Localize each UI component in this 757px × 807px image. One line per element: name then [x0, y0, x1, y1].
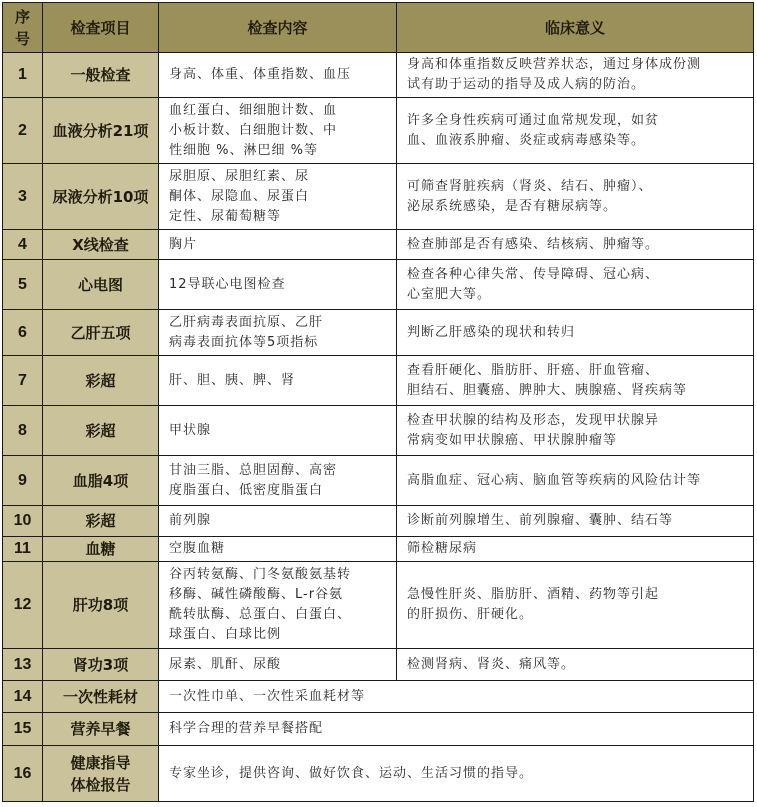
- row-item: 血液分析21项: [43, 98, 159, 164]
- row-meaning: 诊断前列腺增生、前列腺瘤、囊肿、结石等: [397, 506, 754, 537]
- row-item: 一次性耗材: [43, 681, 159, 713]
- header-seq-label: 序 号: [15, 8, 30, 48]
- table-row: 15 营养早餐 科学合理的营养早餐搭配: [3, 713, 754, 746]
- table-row: 6 乙肝五项 乙肝病毒表面抗原、乙肝 病毒表面抗体等5项指标 判断乙肝感染的现状…: [3, 310, 754, 356]
- table-row: 4 X线检查 胸片 检查肺部是否有感染、结核病、肿瘤等。: [3, 230, 754, 260]
- row-number: 5: [3, 260, 43, 310]
- header-content: 检查内容: [159, 3, 397, 53]
- table-row: 12 肝功8项 谷丙转氨酶、门冬氨酸氨基转 移酶、碱性磷酸酶、L-r谷氨 酰转肽…: [3, 562, 754, 649]
- table-row: 10 彩超 前列腺 诊断前列腺增生、前列腺瘤、囊肿、结石等: [3, 506, 754, 537]
- row-number: 7: [3, 356, 43, 406]
- row-content: 前列腺: [159, 506, 397, 537]
- row-item: 血脂4项: [43, 456, 159, 506]
- row-item: 一般检查: [43, 53, 159, 98]
- row-meaning: 查看肝硬化、脂肪肝、肝癌、肝血管瘤、 胆结石、胆囊癌、脾肿大、胰腺癌、肾疾病等: [397, 356, 754, 406]
- row-content: 肝、胆、胰、脾、肾: [159, 356, 397, 406]
- row-item: 健康指导 体检报告: [43, 746, 159, 802]
- row-number: 4: [3, 230, 43, 260]
- table-row: 11 血糖 空腹血糖 筛检糖尿病: [3, 537, 754, 562]
- table-row: 14 一次性耗材 一次性巾单、一次性采血耗材等: [3, 681, 754, 713]
- row-number: 8: [3, 406, 43, 456]
- row-content: 胸片: [159, 230, 397, 260]
- row-item: 彩超: [43, 506, 159, 537]
- table-row: 3 尿液分析10项 尿胆原、尿胆红素、尿 酮体、尿隐血、尿蛋白 定性、尿葡萄糖等…: [3, 164, 754, 230]
- row-item: 血糖: [43, 537, 159, 562]
- row-number: 3: [3, 164, 43, 230]
- table-row: 9 血脂4项 甘油三脂、总胆固醇、高密 度脂蛋白、低密度脂蛋白 高脂血症、冠心病…: [3, 456, 754, 506]
- table-row: 16 健康指导 体检报告 专家坐诊，提供咨询、做好饮食、运动、生活习惯的指导。: [3, 746, 754, 802]
- row-number: 9: [3, 456, 43, 506]
- health-checkup-table: 序 号 检查项目 检查内容 临床意义 1 一般检查 身高、体重、体重指数、血压 …: [2, 2, 754, 802]
- row-item: 心电图: [43, 260, 159, 310]
- row-item: 乙肝五项: [43, 310, 159, 356]
- row-meaning: 高脂血症、冠心病、脑血管等疾病的风险估计等: [397, 456, 754, 506]
- row-content: 血红蛋白、细细胞计数、血 小板计数、白细胞计数、中 性细胞 %、淋巴细 %等: [159, 98, 397, 164]
- row-meaning: 身高和体重指数反映营养状态，通过身体成份测 试有助于运动的指导及成人病的防治。: [397, 53, 754, 98]
- row-number: 11: [3, 537, 43, 562]
- row-content: 甲状腺: [159, 406, 397, 456]
- row-content: 空腹血糖: [159, 537, 397, 562]
- row-number: 15: [3, 713, 43, 746]
- table-row: 5 心电图 12导联心电图检查 检查各种心律失常、传导障碍、冠心病、 心室肥大等…: [3, 260, 754, 310]
- row-meaning: 判断乙肝感染的现状和转归: [397, 310, 754, 356]
- row-merged-content: 专家坐诊，提供咨询、做好饮食、运动、生活习惯的指导。: [159, 746, 754, 802]
- row-meaning: 检查各种心律失常、传导障碍、冠心病、 心室肥大等。: [397, 260, 754, 310]
- row-number: 10: [3, 506, 43, 537]
- row-number: 14: [3, 681, 43, 713]
- row-meaning: 许多全身性疾病可通过血常规发现，如贫 血、血液系肿瘤、炎症或病毒感染等。: [397, 98, 754, 164]
- row-item: 肾功3项: [43, 649, 159, 681]
- row-content: 身高、体重、体重指数、血压: [159, 53, 397, 98]
- table-row: 13 肾功3项 尿素、肌酐、尿酸 检测肾病、肾炎、痛风等。: [3, 649, 754, 681]
- table-header-row: 序 号 检查项目 检查内容 临床意义: [3, 3, 754, 53]
- row-number: 16: [3, 746, 43, 802]
- row-number: 2: [3, 98, 43, 164]
- row-number: 12: [3, 562, 43, 649]
- row-item-label: 健康指导 体检报告: [70, 754, 130, 794]
- row-number: 1: [3, 53, 43, 98]
- row-content: 谷丙转氨酶、门冬氨酸氨基转 移酶、碱性磷酸酶、L-r谷氨 酰转肽酶、总蛋白、白蛋…: [159, 562, 397, 649]
- table-row: 7 彩超 肝、胆、胰、脾、肾 查看肝硬化、脂肪肝、肝癌、肝血管瘤、 胆结石、胆囊…: [3, 356, 754, 406]
- row-item: 营养早餐: [43, 713, 159, 746]
- row-content: 甘油三脂、总胆固醇、高密 度脂蛋白、低密度脂蛋白: [159, 456, 397, 506]
- row-meaning: 急慢性肝炎、脂肪肝、酒精、药物等引起 的肝损伤、肝硬化。: [397, 562, 754, 649]
- row-meaning: 可筛查肾脏疾病（肾炎、结石、肿瘤）、 泌尿系统感染，是否有糖尿病等。: [397, 164, 754, 230]
- row-item: 尿液分析10项: [43, 164, 159, 230]
- row-meaning: 筛检糖尿病: [397, 537, 754, 562]
- table-row: 2 血液分析21项 血红蛋白、细细胞计数、血 小板计数、白细胞计数、中 性细胞 …: [3, 98, 754, 164]
- row-merged-content: 一次性巾单、一次性采血耗材等: [159, 681, 754, 713]
- row-merged-content: 科学合理的营养早餐搭配: [159, 713, 754, 746]
- row-meaning: 检测肾病、肾炎、痛风等。: [397, 649, 754, 681]
- table-row: 1 一般检查 身高、体重、体重指数、血压 身高和体重指数反映营养状态，通过身体成…: [3, 53, 754, 98]
- header-seq: 序 号: [3, 3, 43, 53]
- table-row: 8 彩超 甲状腺 检查甲状腺的结构及形态，发现甲状腺异 常病变如甲状腺癌、甲状腺…: [3, 406, 754, 456]
- header-meaning: 临床意义: [397, 3, 754, 53]
- row-item: 彩超: [43, 406, 159, 456]
- row-content: 尿素、肌酐、尿酸: [159, 649, 397, 681]
- row-content: 12导联心电图检查: [159, 260, 397, 310]
- row-content: 乙肝病毒表面抗原、乙肝 病毒表面抗体等5项指标: [159, 310, 397, 356]
- row-item: X线检查: [43, 230, 159, 260]
- row-item: 肝功8项: [43, 562, 159, 649]
- row-content: 尿胆原、尿胆红素、尿 酮体、尿隐血、尿蛋白 定性、尿葡萄糖等: [159, 164, 397, 230]
- row-number: 6: [3, 310, 43, 356]
- header-item: 检查项目: [43, 3, 159, 53]
- row-number: 13: [3, 649, 43, 681]
- row-meaning: 检查肺部是否有感染、结核病、肿瘤等。: [397, 230, 754, 260]
- row-item: 彩超: [43, 356, 159, 406]
- row-meaning: 检查甲状腺的结构及形态，发现甲状腺异 常病变如甲状腺癌、甲状腺肿瘤等: [397, 406, 754, 456]
